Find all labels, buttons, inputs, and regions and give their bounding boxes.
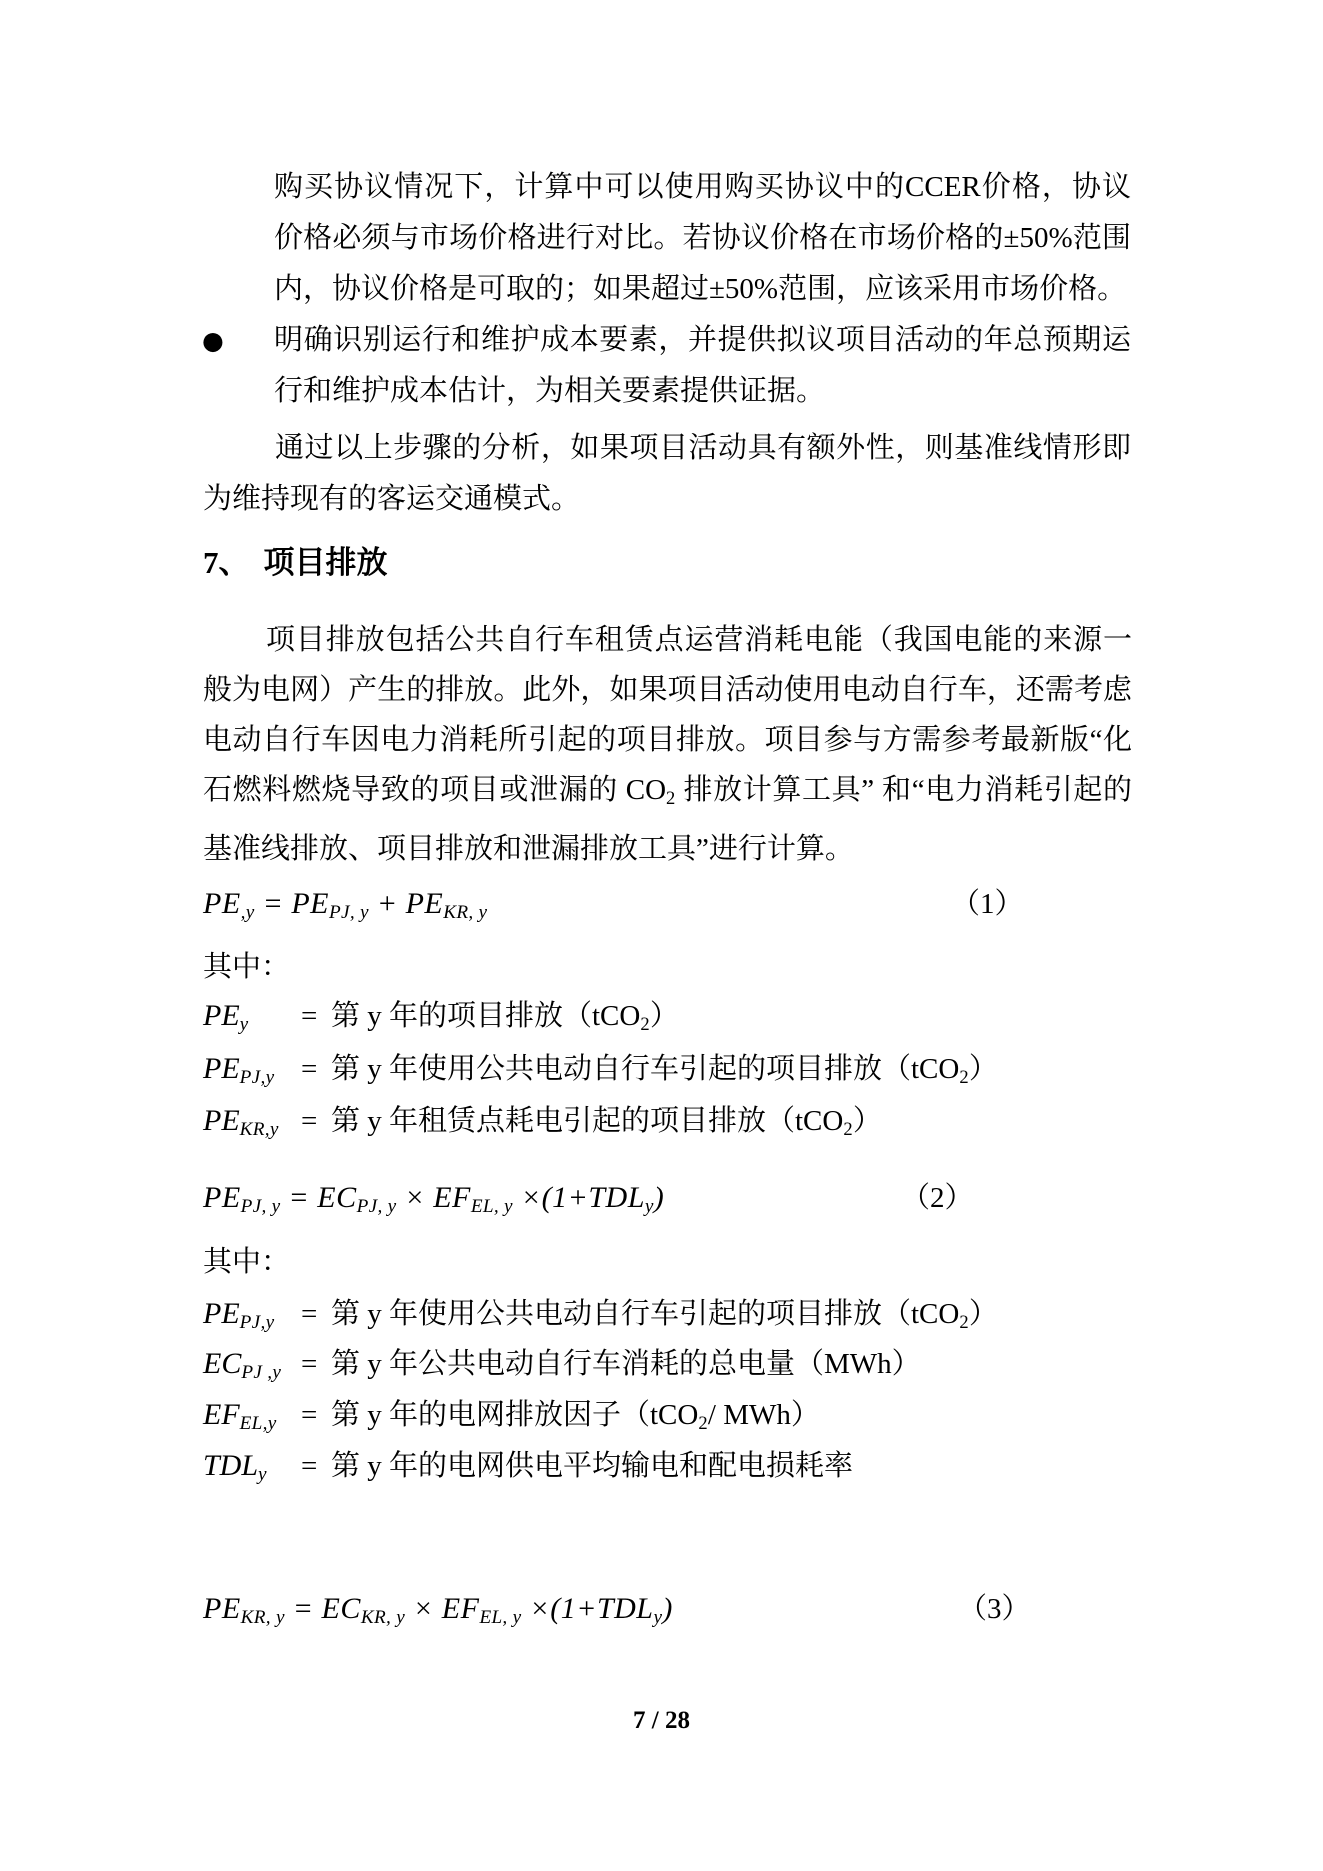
definition-row-pe-kr-y: PEKR,y = 第 y 年租赁点耗电引起的项目排放（tCO2）: [203, 1095, 1131, 1147]
equation-1: PE,y = PEPJ, y + PEKR, y （1）: [203, 878, 1131, 930]
definition-row-ef-el-y: EFEL,y = 第 y 年的电网排放因子（tCO2/ MWh）: [203, 1389, 1131, 1441]
definition-row-pe-pj-y-2: PEPJ,y = 第 y 年使用公共电动自行车引起的项目排放（tCO2）: [203, 1288, 1131, 1340]
where-label-2: 其中：: [203, 1237, 290, 1288]
equals-sign: =: [301, 1338, 317, 1390]
equals-sign: =: [301, 1389, 317, 1441]
equation-3: PEKR, y = ECKR, y × EFEL, y ×(1+TDLy) （3…: [203, 1583, 1131, 1635]
equals-sign: =: [301, 1095, 317, 1147]
equals-sign: =: [301, 1043, 317, 1095]
definition-row-ec-pj-y: ECPJ ,y = 第 y 年公共电动自行车消耗的总电量（MWh）: [203, 1338, 1131, 1390]
equation-1-number: （1）: [951, 878, 1024, 930]
equation-2-number: （2）: [901, 1172, 974, 1224]
definition-row-pe-y: PEy = 第 y 年的项目排放（tCO2）: [203, 990, 1131, 1042]
equation-3-number: （3）: [958, 1583, 1031, 1635]
equals-sign: =: [301, 1288, 317, 1340]
bullet-icon: ●: [202, 315, 224, 366]
list-item-text: 明确识别运行和维护成本要素，并提供拟议项目活动的年总预期运行和维护成本估计，为相…: [274, 324, 1131, 407]
equation-2-formula: PEPJ, y = ECPJ, y × EFEL, y ×(1+TDLy): [203, 1181, 664, 1214]
definition-text: 第 y 年公共电动自行车消耗的总电量（MWh）: [331, 1338, 921, 1390]
definition-text: 第 y 年的电网供电平均输电和配电损耗率: [331, 1440, 853, 1492]
paragraph-project-emissions: 项目排放包括公共自行车租赁点运营消耗电能（我国电能的来源一般为电网）产生的排放。…: [203, 615, 1132, 874]
definition-symbol: PEy: [203, 990, 248, 1051]
document-page: 购买协议情况下，计算中可以使用购买协议中的CCER价格，协议价格必须与市场价格进…: [0, 0, 1323, 1871]
equation-1-formula: PE,y = PEPJ, y + PEKR, y: [203, 887, 487, 920]
page-number: 7 / 28: [0, 1703, 1323, 1739]
definition-row-pe-pj-y: PEPJ,y = 第 y 年使用公共电动自行车引起的项目排放（tCO2）: [203, 1043, 1131, 1095]
paragraph-additionality: 通过以上步骤的分析，如果项目活动具有额外性，则基准线情形即为维持现有的客运交通模…: [203, 423, 1131, 525]
list-item-om-costs: ● 明确识别运行和维护成本要素，并提供拟议项目活动的年总预期运行和维护成本估计，…: [274, 315, 1131, 417]
where-label-1: 其中：: [203, 942, 290, 993]
section-number: 7、: [203, 545, 250, 580]
paragraph-ccer-price: 购买协议情况下，计算中可以使用购买协议中的CCER价格，协议价格必须与市场价格进…: [274, 162, 1131, 315]
definition-symbol: PEKR,y: [203, 1095, 279, 1156]
definition-row-tdl-y: TDLy = 第 y 年的电网供电平均输电和配电损耗率: [203, 1440, 1131, 1492]
equals-sign: =: [301, 990, 317, 1042]
equation-3-formula: PEKR, y = ECKR, y × EFEL, y ×(1+TDLy): [203, 1592, 673, 1625]
section-title: 项目排放: [264, 545, 388, 580]
definition-text: 第 y 年租赁点耗电引起的项目排放（tCO2）: [331, 1095, 882, 1156]
equation-2: PEPJ, y = ECPJ, y × EFEL, y ×(1+TDLy) （2…: [203, 1172, 1131, 1224]
definition-text: 第 y 年的项目排放（tCO2）: [331, 990, 679, 1051]
definition-symbol: TDLy: [203, 1440, 267, 1501]
section-heading: 7、项目排放: [203, 537, 388, 588]
equals-sign: =: [301, 1440, 317, 1492]
